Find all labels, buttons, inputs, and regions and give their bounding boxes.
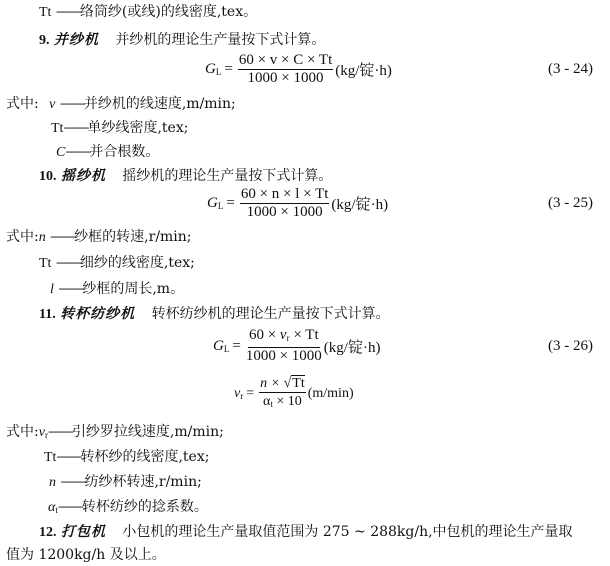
formula-3-26: GL = 60 × vr × Tt 1000 × 1000 (kg/锭·h) bbox=[213, 327, 380, 365]
dash: —— bbox=[58, 281, 82, 297]
paragraph-continuation: 值为 1200kg/h 及以上。 bbox=[6, 546, 166, 564]
variable-line: Tt——转杯纱的线密度,tex; bbox=[44, 448, 209, 467]
section-heading-11: 11. 转杯纺纱机 转杯纺纱机的理论生产量按下式计算。 bbox=[39, 305, 390, 324]
equals-sign: = bbox=[232, 338, 240, 355]
dash: —— bbox=[58, 499, 82, 515]
variable-description: 纱框的转速,r/min; bbox=[74, 229, 191, 245]
variable-symbol: vr bbox=[39, 425, 48, 440]
section-number: 11. bbox=[39, 307, 56, 322]
numerator: 60 × v × C × Tt bbox=[238, 52, 333, 70]
formula-lhs: GL bbox=[205, 61, 221, 78]
variable-description: 转杯纱的线密度,tex; bbox=[80, 449, 209, 465]
fraction: 60 × v × C × Tt 1000 × 1000 bbox=[238, 52, 333, 87]
section-title: 摇纱机 bbox=[61, 168, 106, 184]
dash: —— bbox=[56, 449, 80, 465]
section-heading-9: 9. 并纱机 并纱机的理论生产量按下式计算。 bbox=[39, 31, 325, 50]
variable-symbol: Tt bbox=[51, 121, 63, 136]
variable-line: αt——转杯纺纱的捻系数。 bbox=[48, 498, 208, 519]
variable-line: Tt——单纱线密度,tex; bbox=[51, 119, 188, 138]
equation-number: (3 - 26) bbox=[548, 338, 593, 355]
section-text: 摇纱机的理论生产量按下式计算。 bbox=[122, 168, 332, 184]
numerator: 60 × n × l × Tt bbox=[240, 186, 330, 204]
dash: —— bbox=[56, 4, 80, 20]
denominator: 1000 × 1000 bbox=[246, 348, 322, 365]
section-heading-12: 12. 打包机 小包机的理论生产量取值范围为 275 ~ 288kg/h,中包机… bbox=[39, 523, 573, 542]
section-number: 12. bbox=[39, 525, 57, 540]
variable-symbol: Tt bbox=[44, 450, 56, 465]
formula-lhs: GL bbox=[213, 338, 229, 355]
section-heading-10: 10. 摇纱机 摇纱机的理论生产量按下式计算。 bbox=[39, 167, 332, 186]
variable-line: 式中:vr——引纱罗拉线速度,m/min; bbox=[6, 423, 224, 444]
variable-description: 纱框的周长,m。 bbox=[82, 281, 184, 297]
variable-symbol: l bbox=[50, 282, 54, 297]
variable-description: 纺纱杯转速,r/min; bbox=[84, 474, 201, 490]
formula-vr: vr = n × √Tt αt × 10 (m/min) bbox=[234, 375, 354, 413]
variable-line: C——并合根数。 bbox=[56, 143, 159, 162]
dash: —— bbox=[65, 144, 89, 160]
where-label: 式中: bbox=[6, 424, 39, 440]
where-label: 式中: bbox=[6, 229, 39, 245]
dash: —— bbox=[60, 96, 84, 112]
section-number: 10. bbox=[39, 169, 57, 184]
formula-unit: (kg/锭·h) bbox=[324, 336, 381, 357]
section-text: 并纱机的理论生产量按下式计算。 bbox=[115, 32, 325, 48]
intro-variable-line: Tt ——络筒纱(或线)的线密度,tex。 bbox=[39, 3, 257, 22]
variable-symbol: v bbox=[49, 97, 55, 112]
variable-description: 细纱的线密度,tex; bbox=[80, 255, 195, 271]
variable-symbol: C bbox=[56, 145, 65, 160]
variable-description: 络筒纱(或线)的线密度,tex。 bbox=[80, 4, 257, 20]
denominator: 1000 × 1000 bbox=[248, 70, 324, 87]
variable-symbol: n bbox=[39, 230, 46, 245]
dash: —— bbox=[63, 120, 87, 136]
variable-symbol: Tt bbox=[39, 5, 51, 20]
fraction: 60 × vr × Tt 1000 × 1000 bbox=[246, 327, 322, 365]
numerator: n × √Tt bbox=[259, 375, 306, 393]
variable-line: 式中: v ——并纱机的线速度,m/min; bbox=[6, 95, 236, 114]
fraction: n × √Tt αt × 10 bbox=[259, 375, 306, 413]
variable-line: 式中:n ——纱框的转速,r/min; bbox=[6, 228, 192, 247]
variable-description: 并纱机的线速度,m/min; bbox=[84, 96, 236, 112]
dash: —— bbox=[60, 474, 84, 490]
where-label: 式中: bbox=[6, 96, 39, 112]
formula-unit: (kg/锭·h) bbox=[331, 193, 388, 214]
section-title: 并纱机 bbox=[54, 32, 99, 48]
variable-symbol: n bbox=[49, 475, 56, 490]
section-text: 转杯纺纱机的理论生产量按下式计算。 bbox=[152, 306, 390, 322]
equals-sign: = bbox=[224, 61, 232, 78]
variable-description: 单纱线密度,tex; bbox=[87, 120, 188, 136]
formula-lhs: vr bbox=[234, 386, 243, 402]
variable-line: n ——纺纱杯转速,r/min; bbox=[49, 473, 202, 492]
formula-lhs: GL bbox=[207, 195, 223, 212]
variable-symbol: Tt bbox=[39, 256, 51, 271]
variable-description: 引纱罗拉线速度,m/min; bbox=[72, 424, 224, 440]
section-title: 打包机 bbox=[61, 524, 106, 540]
fraction: 60 × n × l × Tt 1000 × 1000 bbox=[240, 186, 330, 221]
section-text: 小包机的理论生产量取值范围为 275 ~ 288kg/h,中包机的理论生产量取 bbox=[122, 524, 572, 540]
variable-symbol: αt bbox=[48, 500, 58, 515]
formula-3-25: GL = 60 × n × l × Tt 1000 × 1000 (kg/锭·h… bbox=[207, 186, 388, 221]
dash: —— bbox=[48, 424, 72, 440]
denominator: αt × 10 bbox=[263, 393, 302, 413]
section-number: 9. bbox=[39, 33, 50, 48]
equals-sign: = bbox=[226, 195, 234, 212]
denominator: 1000 × 1000 bbox=[247, 204, 323, 221]
equation-number: (3 - 24) bbox=[548, 61, 593, 78]
variable-description: 转杯纺纱的捻系数。 bbox=[82, 499, 208, 515]
section-title: 转杯纺纱机 bbox=[60, 306, 135, 322]
formula-3-24: GL = 60 × v × C × Tt 1000 × 1000 (kg/锭·h… bbox=[205, 52, 392, 87]
variable-description: 并合根数。 bbox=[89, 144, 159, 160]
dash: —— bbox=[56, 255, 80, 271]
numerator: 60 × vr × Tt bbox=[248, 327, 320, 348]
formula-unit: (kg/锭·h) bbox=[335, 59, 392, 80]
equals-sign: = bbox=[246, 386, 254, 402]
dash: —— bbox=[50, 229, 74, 245]
formula-unit: (m/min) bbox=[308, 386, 354, 402]
variable-line: l ——纱框的周长,m。 bbox=[50, 280, 184, 299]
variable-line: Tt ——细纱的线密度,tex; bbox=[39, 254, 195, 273]
equation-number: (3 - 25) bbox=[548, 195, 593, 212]
